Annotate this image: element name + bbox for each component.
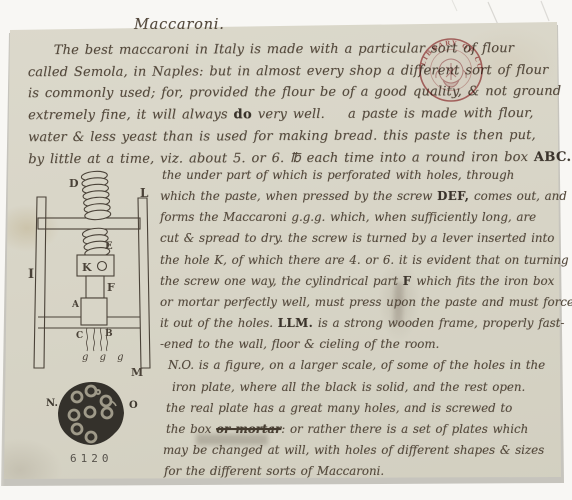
figure-label-b: B: [105, 329, 113, 339]
plate-figure: [45, 378, 140, 453]
screw-upper: [81, 170, 111, 220]
figure-label-f: F: [107, 281, 115, 294]
figure-label-o: O: [129, 400, 138, 411]
press-figure: D L I E K F A C B M g g g: [14, 170, 156, 382]
manuscript-line: N.O. is a figure, on a larger scale, of …: [160, 355, 562, 376]
figure-label-i: I: [28, 267, 34, 282]
figure-label-e: E: [105, 241, 113, 252]
figure-label-c: C: [76, 331, 83, 341]
figure-label-a: A: [71, 300, 80, 310]
manuscript-line: -ened to the wall, floor & cieling of th…: [160, 334, 562, 355]
catalog-number: 6120: [70, 452, 113, 465]
manuscript-line: cut & spread to dry. the screw is turned…: [160, 228, 562, 249]
manuscript-line: it out of the holes. LLM. is a strong wo…: [160, 313, 562, 334]
frame-left-post: [34, 197, 46, 368]
figure-label-k: K: [82, 261, 92, 274]
manuscript-line: the screw one way, the cylindrical part …: [160, 271, 562, 292]
text-column: the under part of which is perforated wi…: [160, 165, 562, 482]
page-title: Maccaroni.: [134, 17, 225, 33]
manuscript-line: water & less yeast than is used for maki…: [28, 125, 548, 149]
manuscript-line: the box or mortar: or rather there is a …: [160, 419, 562, 440]
library-stamp: LIBRARY OF CONGRESS: [413, 32, 489, 108]
figure-label-n: N.: [46, 398, 58, 409]
manuscript-line: the under part of which is perforated wi…: [160, 165, 562, 186]
figure-label-l: L: [140, 186, 149, 200]
manuscript-line: forms the Maccaroni g.g.g. which, when s…: [160, 207, 562, 228]
figure-label-d: D: [69, 177, 79, 190]
manuscript-line: or mortar perfectly well, must press upo…: [160, 292, 562, 313]
manuscript-line: the real plate has a great many holes, a…: [160, 398, 562, 419]
manuscript-line: may be changed at will, with holes of di…: [160, 440, 562, 461]
figure-label-strands: g g g: [82, 352, 128, 363]
cylinder-f: [86, 276, 104, 298]
manuscript-line: the hole K, of which there are 4. or 6. …: [160, 250, 562, 271]
top-crossbar: [38, 218, 140, 229]
manuscript-line: iron plate, where all the black is solid…: [160, 377, 562, 398]
manuscript-scan: Maccaroni. The best maccaroni in Italy i…: [0, 0, 572, 500]
manuscript-line: for the different sorts of Maccaroni.: [160, 461, 562, 482]
iron-box: [81, 298, 107, 325]
manuscript-line: which the paste, when pressed by the scr…: [160, 186, 562, 207]
